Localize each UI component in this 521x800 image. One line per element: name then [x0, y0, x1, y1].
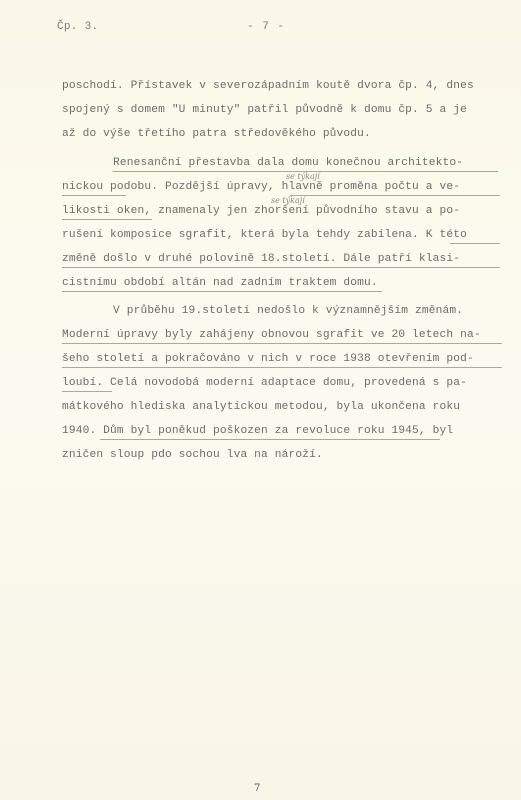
pencil-underline: [62, 291, 382, 292]
text-line: změně došlo v druhé polovině 18.století.…: [62, 253, 460, 265]
text-line: rušení komposice sgrafit, která byla teh…: [62, 229, 467, 241]
text-line: až do výše třetího patra středověkého pů…: [62, 128, 371, 140]
pencil-underline: [62, 219, 152, 220]
pencil-underline: [450, 243, 500, 244]
text-line: 1940. Dům byl poněkud poškozen za revolu…: [62, 425, 453, 437]
text-line: zničen sloup pdo sochou lva na nároží.: [62, 449, 323, 461]
text-line: šeho století a pokračováno v nich v roce…: [62, 353, 474, 365]
pencil-underline: [290, 195, 500, 196]
text-line: nickou podobu. Pozdější úpravy, hlavně p…: [62, 181, 460, 193]
text-line: likosti oken, znamenaly jen zhoršení pův…: [62, 205, 460, 217]
handwritten-note: se týkají: [286, 172, 320, 181]
pencil-underline: [62, 267, 500, 268]
text-line: poschodí. Přístavek v severozápadním kou…: [62, 80, 474, 92]
page-number: 7: [254, 783, 260, 794]
document-page: Čp. 3. - 7 - poschodí. Přístavek v sever…: [0, 0, 521, 800]
handwritten-note: se týkají: [271, 196, 305, 205]
text-line: spojený s domem "U minuty" patřil původn…: [62, 104, 467, 116]
page-marker: - 7 -: [247, 21, 285, 33]
text-line: V průběhu 19.století nedošlo k významněj…: [113, 305, 463, 317]
pencil-underline: [62, 195, 126, 196]
text-line: Renesanční přestavba dala domu konečnou …: [113, 157, 463, 169]
pencil-underline: [100, 439, 440, 440]
pencil-underline: [62, 391, 112, 392]
text-line: Moderní úpravy byly zahájeny obnovou sgr…: [62, 329, 481, 341]
document-reference: Čp. 3.: [57, 21, 98, 33]
text-line: cistnímu období altán nad zadním traktem…: [62, 277, 378, 289]
text-line: mátkového hlediska analytickou metodou, …: [62, 401, 460, 413]
pencil-underline: [62, 343, 502, 344]
pencil-underline: [62, 367, 502, 368]
text-line: loubí. Celá novodobá moderní adaptace do…: [62, 377, 467, 389]
